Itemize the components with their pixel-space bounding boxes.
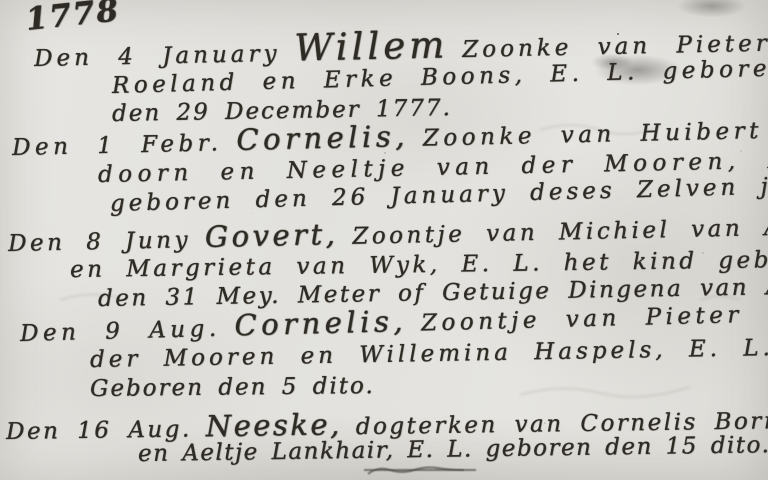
entry-text: Geboren den 5 dito. — [90, 373, 375, 402]
manuscript-page: 1778 Den 4 JanuaryWillemZoonke van Piete… — [0, 0, 768, 480]
child-name: Govert, — [205, 217, 339, 254]
entry-date: Den 4 January — [34, 41, 281, 72]
entry-date: Den 9 Aug. — [20, 316, 221, 347]
child-name: Cornelis, — [234, 304, 407, 343]
entry-date: Den 1 Febr. — [12, 130, 223, 161]
entry-date: Den 8 Juny — [8, 227, 191, 257]
baptism-entry-4-line-3: Geboren den 5 dito. — [90, 374, 375, 402]
child-name: Willem — [294, 23, 449, 69]
child-name: Cornelis, — [236, 119, 409, 157]
crossed-out-partial-word — [360, 458, 490, 480]
